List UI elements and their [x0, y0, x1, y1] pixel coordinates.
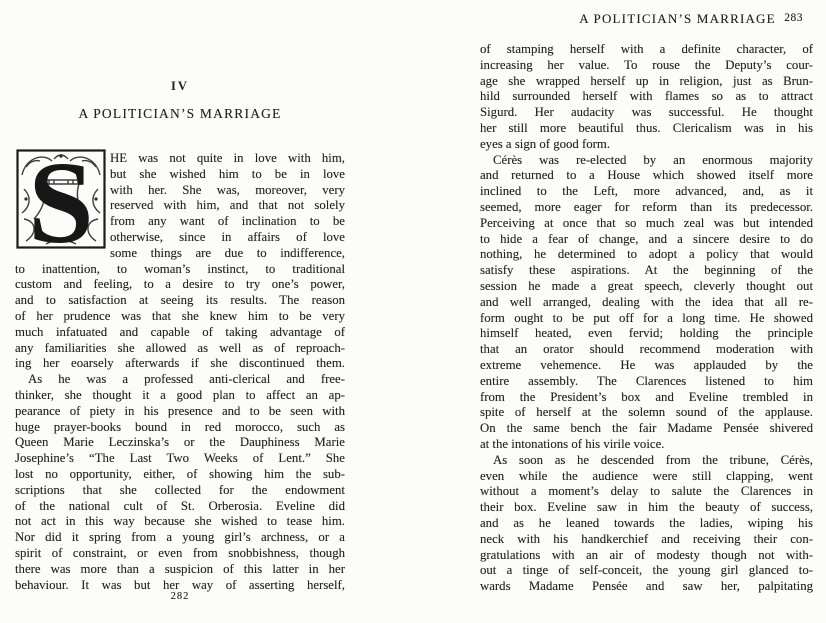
- text-line: to inattention, to woman’s instinct, to …: [15, 262, 345, 278]
- text-line: otherwise, since in affairs of love: [110, 230, 345, 246]
- running-header-title: A POLITICIAN’S MARRIAGE: [511, 11, 826, 27]
- text-line: much infatuated and capable of taking ad…: [15, 325, 345, 341]
- text-line: thinker, she thought it a good plan to a…: [15, 388, 345, 404]
- page-number: 282: [15, 591, 345, 602]
- text-line: not act in this way because she wished t…: [15, 514, 345, 530]
- paragraph-opening-full: to inattention, to woman’s instinct, to …: [15, 262, 345, 373]
- text-line: even while the audience were still clapp…: [480, 469, 813, 485]
- text-line: eyes a sign of good form.: [480, 137, 813, 153]
- text-line: there was more than a suspicion of this …: [15, 562, 345, 578]
- text-line: but she wished him to be in love: [110, 167, 345, 183]
- text-line: custom and feeling, to a desire to try o…: [15, 277, 345, 293]
- text-line: session he made a great speech, cleverly…: [480, 279, 813, 295]
- text-line: form ought to be put off for a long time…: [480, 311, 813, 327]
- text-line: reserved with him, and that not solely: [110, 198, 345, 214]
- text-line: and well arranged, dealing with the idea…: [480, 295, 813, 311]
- text-line: seemed, more eager for reform than its p…: [480, 200, 813, 216]
- text-line: at the intonations of his virile voice.: [480, 437, 813, 453]
- text-line: entire assembly. The Clarences listened …: [480, 374, 813, 390]
- text-line: and returned to a House which showed its…: [480, 168, 813, 184]
- text-line: nothing, he determined to adopt a policy…: [480, 247, 813, 263]
- text-line: Queen Marie Leczinska’s or the Dauphines…: [15, 435, 345, 451]
- text-line: neck with his handkerchief and receiving…: [480, 532, 813, 548]
- drop-cap-ornament: S: [16, 149, 106, 249]
- paragraph-third: As soon as he descended from the tribune…: [480, 453, 813, 595]
- text-line: As soon as he descended from the tribune…: [480, 453, 813, 469]
- text-line: any familiarities she allowed as well as…: [15, 341, 345, 357]
- text-line: huge prayer-books bound in red morocco, …: [15, 420, 345, 436]
- text-line: spirit of constraint, or even from snobb…: [15, 546, 345, 562]
- left-page-body: S HE was not quite in love with him,but …: [15, 151, 345, 593]
- text-line: Nor did it spring from a young girl’s ar…: [15, 530, 345, 546]
- text-line: to hide a fear of change, and a sincere …: [480, 232, 813, 248]
- text-line: wards Madame Pensée and saw her, palpita…: [480, 579, 813, 595]
- text-line: pearance of piety in his presence and to…: [15, 404, 345, 420]
- text-line: ing her eoarsely afterwards if she disco…: [15, 356, 345, 372]
- text-line: and as he leaned towards the ladies, wip…: [480, 516, 813, 532]
- text-line: without a moment’s delay to salute the C…: [480, 484, 813, 500]
- text-line: some things are due to indifference,: [110, 246, 345, 262]
- text-line: of the national cult of St. Orberosia. E…: [15, 499, 345, 515]
- text-line: satisfy these aspirations. At the beginn…: [480, 263, 813, 279]
- text-line: out a tinge of self-conceit, the young g…: [480, 563, 813, 579]
- text-line: Perceiving at once that so much zeal was…: [480, 216, 813, 232]
- text-line: that an orator should recommend moderati…: [480, 342, 813, 358]
- paragraph-second: As he was a professed anti-clerical and …: [15, 372, 345, 593]
- text-line: from the President’s box and Eveline tre…: [480, 390, 813, 406]
- text-line: increasing her value. To rouse the Deput…: [480, 58, 813, 74]
- paragraph-opening-wrapped: HE was not quite in love with him,but sh…: [110, 151, 345, 262]
- left-page: IV A POLITICIAN’S MARRIAGE: [15, 0, 345, 623]
- text-line: himself heated, even fervid; holding the…: [480, 326, 813, 342]
- text-line: As he was a professed anti-clerical and …: [15, 372, 345, 388]
- book-spread: { "ink_color": "#222222", "paper_color":…: [0, 0, 826, 623]
- text-line: gratulations with an air of modesty thou…: [480, 548, 813, 564]
- chapter-number: IV: [15, 79, 345, 94]
- text-line: of her prudence was that she knew him to…: [15, 309, 345, 325]
- text-line: Cérès was re-elected by an enormous majo…: [480, 153, 813, 169]
- text-line: Sigurd. Her audacity was successful. He …: [480, 105, 813, 121]
- page-number: 283: [784, 12, 803, 24]
- text-line: their box. Eveline saw in him the beauty…: [480, 500, 813, 516]
- right-page: A POLITICIAN’S MARRIAGE 283 of stamping …: [480, 0, 813, 623]
- chapter-title: A POLITICIAN’S MARRIAGE: [15, 106, 345, 122]
- drop-cap-letter: S: [28, 149, 94, 249]
- text-line: of stamping herself with a definite char…: [480, 42, 813, 58]
- text-line: scriptions that she collected for the en…: [15, 483, 345, 499]
- text-line: HE was not quite in love with him,: [110, 151, 345, 167]
- text-line: On the same bench the fair Madame Pensée…: [480, 421, 813, 437]
- right-page-body: of stamping herself with a definite char…: [480, 42, 813, 595]
- text-line: extreme vehemence. He was applauded by t…: [480, 358, 813, 374]
- text-line: inclined to the Left, more advanced, and…: [480, 184, 813, 200]
- paragraph-second: Cérès was re-elected by an enormous majo…: [480, 153, 813, 453]
- drop-cap-ornament-icon: S: [16, 149, 106, 249]
- text-line: spite of herself at the solemn sound of …: [480, 405, 813, 421]
- text-line: her still more beautiful thus. Clericali…: [480, 121, 813, 137]
- text-line: age she wrapped herself up in religion, …: [480, 74, 813, 90]
- running-header: A POLITICIAN’S MARRIAGE 283: [480, 11, 813, 27]
- text-line: and to satisfaction at seeing its result…: [15, 293, 345, 309]
- text-line: with her. She was, moreover, very: [110, 183, 345, 199]
- paragraph-continued: of stamping herself with a definite char…: [480, 42, 813, 153]
- text-line: Josephine’s “The Last Two Weeks of Lent.…: [15, 451, 345, 467]
- text-line: from any want of inclination to be: [110, 214, 345, 230]
- text-line: hild surrounded herself with flames so a…: [480, 89, 813, 105]
- text-line: lost no opportunity, either, of showing …: [15, 467, 345, 483]
